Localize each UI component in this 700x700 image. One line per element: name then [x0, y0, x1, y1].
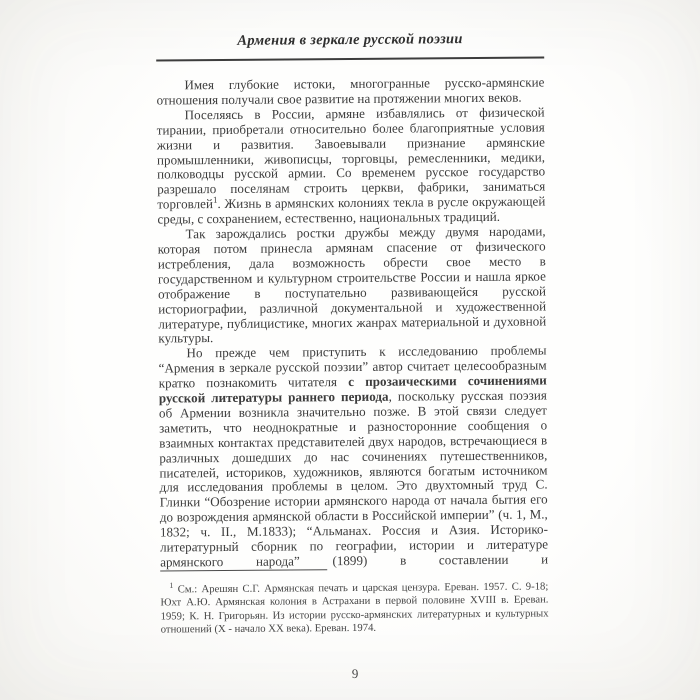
running-head: Армения в зеркале русской поэзии	[156, 30, 544, 50]
paragraph-3: Так зарождались ростки дружбы между двум…	[158, 225, 547, 347]
text-column: Армения в зеркале русской поэзии Имея гл…	[156, 30, 549, 683]
paragraph-2: Поселяясь в России, армяне избавлялись о…	[157, 105, 546, 227]
footnote-divider	[160, 569, 327, 571]
header-divider	[156, 56, 544, 61]
paragraph-4-continuation: , поскольку русская поэзия об Армении во…	[159, 387, 548, 569]
footnote: 1 См.: Арешян С.Г. Армянская печать и ца…	[160, 580, 548, 636]
body-text: Имея глубокие истоки, многогранные русск…	[156, 75, 548, 570]
page-number: 9	[161, 664, 549, 683]
paragraph-4: Но прежде чем приступить к исследованию …	[158, 344, 548, 571]
paragraph-1-text: Имея глубокие истоки, многогранные русск…	[156, 74, 544, 107]
paragraph-3-text: Так зарождались ростки дружбы между двум…	[158, 224, 547, 346]
footnote-text: См.: Арешян С.Г. Армянская печать и царс…	[160, 580, 548, 635]
paragraph-1: Имея глубокие истоки, многогранные русск…	[156, 75, 544, 108]
scanned-book-page: Армения в зеркале русской поэзии Имея гл…	[0, 0, 700, 700]
